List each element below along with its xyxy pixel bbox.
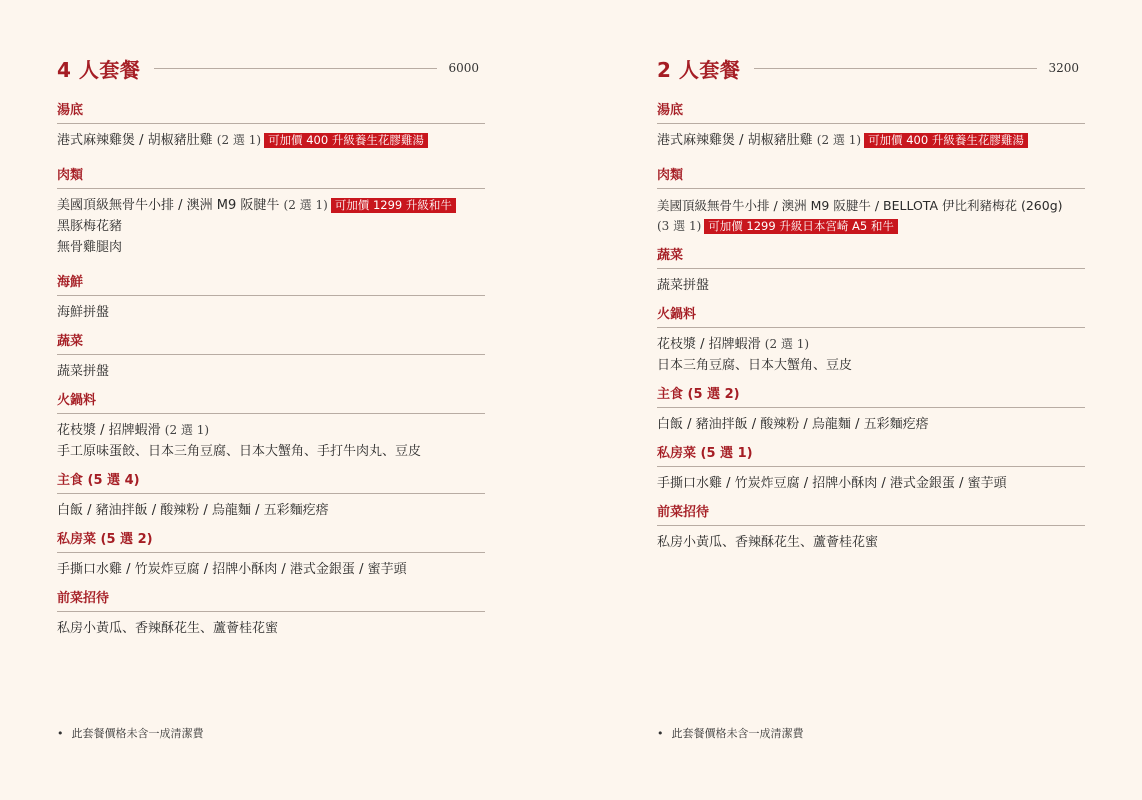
section-heading: 肉類	[657, 167, 1085, 189]
choice-count: (2 選 1)	[765, 337, 809, 351]
footnote: •此套餐價格未含一成清潔費	[657, 725, 804, 741]
set-price: 6000	[447, 61, 479, 75]
menu-line: 美國頂級無骨牛小排 / 澳洲 M9 阪腱牛 (2 選 1)可加價 1299 升級…	[57, 195, 485, 216]
section-appetizers: 前菜招待 私房小黃瓜、香辣酥花生、蘆薈桂花蜜	[657, 504, 1085, 553]
title-divider	[154, 68, 437, 69]
menu-line: 手撕口水雞 / 竹炭炸豆腐 / 招牌小酥肉 / 港式金銀蛋 / 蜜芋頭	[657, 473, 1085, 494]
menu-line: 蔬菜拼盤	[57, 361, 485, 382]
bullet-icon: •	[57, 727, 64, 740]
bullet-icon: •	[657, 727, 664, 740]
menu-line: 無骨雞腿肉	[57, 237, 485, 258]
menu-line: 美國頂級無骨牛小排 / 澳洲 M9 阪腱牛 / BELLOTA 伊比利豬梅花 (…	[657, 195, 1085, 216]
section-heading: 前菜招待	[57, 590, 485, 612]
upgrade-badge: 可加價 400 升級養生花膠雞湯	[264, 133, 428, 148]
section-vegetables: 蔬菜 蔬菜拼盤	[57, 333, 485, 382]
section-appetizers: 前菜招待 私房小黃瓜、香辣酥花生、蘆薈桂花蜜	[57, 590, 485, 639]
section-staples: 主食 (5 選 2) 白飯 / 豬油拌飯 / 酸辣粉 / 烏龍麵 / 五彩麵疙瘩	[657, 386, 1085, 435]
menu-line: 手工原味蛋餃、日本三角豆腐、日本大蟹角、手打牛肉丸、豆皮	[57, 441, 485, 462]
choice-count: (2 選 1)	[284, 198, 328, 212]
section-signature-dishes: 私房菜 (5 選 1) 手撕口水雞 / 竹炭炸豆腐 / 招牌小酥肉 / 港式金銀…	[657, 445, 1085, 494]
set-title: 4 人套餐	[57, 54, 140, 83]
section-staples: 主食 (5 選 4) 白飯 / 豬油拌飯 / 酸辣粉 / 烏龍麵 / 五彩麵疙瘩	[57, 472, 485, 521]
menu-line: 港式麻辣雞煲 / 胡椒豬肚雞 (2 選 1)可加價 400 升級養生花膠雞湯	[57, 130, 485, 151]
set-header: 4 人套餐 6000	[57, 52, 485, 84]
menu-line: 日本三角豆腐、日本大蟹角、豆皮	[657, 355, 1085, 376]
title-divider	[754, 68, 1037, 69]
footnote-text: 此套餐價格未含一成清潔費	[72, 727, 204, 740]
section-heading: 主食 (5 選 2)	[657, 386, 1085, 408]
menu-line: 私房小黃瓜、香辣酥花生、蘆薈桂花蜜	[57, 618, 485, 639]
set-header: 2 人套餐 3200	[657, 52, 1085, 84]
section-hotpot-ingredients: 火鍋料 花枝漿 / 招牌蝦滑 (2 選 1) 手工原味蛋餃、日本三角豆腐、日本大…	[57, 392, 485, 462]
section-heading: 肉類	[57, 167, 485, 189]
section-heading: 私房菜 (5 選 2)	[57, 531, 485, 553]
upgrade-badge: 可加價 1299 升級日本宮崎 A5 和牛	[704, 219, 898, 234]
menu-line: 花枝漿 / 招牌蝦滑 (2 選 1)	[57, 420, 485, 441]
menu-line: 手撕口水雞 / 竹炭炸豆腐 / 招牌小酥肉 / 港式金銀蛋 / 蜜芋頭	[57, 559, 485, 580]
menu-line: 港式麻辣雞煲 / 胡椒豬肚雞 (2 選 1)可加價 400 升級養生花膠雞湯	[657, 130, 1085, 151]
section-soup-base: 湯底 港式麻辣雞煲 / 胡椒豬肚雞 (2 選 1)可加價 400 升級養生花膠雞…	[57, 102, 485, 151]
section-heading: 主食 (5 選 4)	[57, 472, 485, 494]
menu-line: 黑豚梅花豬	[57, 216, 485, 237]
menu-line: 白飯 / 豬油拌飯 / 酸辣粉 / 烏龍麵 / 五彩麵疙瘩	[657, 414, 1085, 435]
section-heading: 私房菜 (5 選 1)	[657, 445, 1085, 467]
section-heading: 火鍋料	[57, 392, 485, 414]
section-meat: 肉類 美國頂級無骨牛小排 / 澳洲 M9 阪腱牛 (2 選 1)可加價 1299…	[57, 167, 485, 258]
section-vegetables: 蔬菜 蔬菜拼盤	[657, 247, 1085, 296]
section-signature-dishes: 私房菜 (5 選 2) 手撕口水雞 / 竹炭炸豆腐 / 招牌小酥肉 / 港式金銀…	[57, 531, 485, 580]
upgrade-badge: 可加價 1299 升級和牛	[331, 198, 456, 213]
footnote: •此套餐價格未含一成清潔費	[57, 725, 204, 741]
upgrade-badge: 可加價 400 升級養生花膠雞湯	[864, 133, 1028, 148]
menu-line: 私房小黃瓜、香辣酥花生、蘆薈桂花蜜	[657, 532, 1085, 553]
menu-line: 白飯 / 豬油拌飯 / 酸辣粉 / 烏龍麵 / 五彩麵疙瘩	[57, 500, 485, 521]
menu-page-2-person: 2 人套餐 3200 湯底 港式麻辣雞煲 / 胡椒豬肚雞 (2 選 1)可加價 …	[600, 0, 1142, 800]
section-heading: 蔬菜	[657, 247, 1085, 269]
section-soup-base: 湯底 港式麻辣雞煲 / 胡椒豬肚雞 (2 選 1)可加價 400 升級養生花膠雞…	[657, 102, 1085, 151]
footnote-text: 此套餐價格未含一成清潔費	[672, 727, 804, 740]
section-heading: 湯底	[57, 102, 485, 124]
choice-count: (2 選 1)	[817, 133, 861, 147]
section-seafood: 海鮮 海鮮拼盤	[57, 274, 485, 323]
item-text: 花枝漿 / 招牌蝦滑	[57, 423, 161, 438]
menu-line: 花枝漿 / 招牌蝦滑 (2 選 1)	[657, 334, 1085, 355]
item-text: 美國頂級無骨牛小排 / 澳洲 M9 阪腱牛	[57, 198, 279, 213]
menu-line: 海鮮拼盤	[57, 302, 485, 323]
item-text: 花枝漿 / 招牌蝦滑	[657, 337, 761, 352]
menu-line: (3 選 1)可加價 1299 升級日本宮崎 A5 和牛	[657, 216, 1085, 237]
item-text: 港式麻辣雞煲 / 胡椒豬肚雞	[57, 133, 213, 148]
section-heading: 前菜招待	[657, 504, 1085, 526]
set-title: 2 人套餐	[657, 54, 740, 83]
choice-count: (2 選 1)	[165, 423, 209, 437]
section-hotpot-ingredients: 火鍋料 花枝漿 / 招牌蝦滑 (2 選 1) 日本三角豆腐、日本大蟹角、豆皮	[657, 306, 1085, 376]
section-heading: 湯底	[657, 102, 1085, 124]
choice-count: (3 選 1)	[657, 219, 701, 233]
section-heading: 火鍋料	[657, 306, 1085, 328]
choice-count: (2 選 1)	[217, 133, 261, 147]
section-meat: 肉類 美國頂級無骨牛小排 / 澳洲 M9 阪腱牛 / BELLOTA 伊比利豬梅…	[657, 167, 1085, 237]
item-text: 港式麻辣雞煲 / 胡椒豬肚雞	[657, 133, 813, 148]
set-price: 3200	[1047, 61, 1079, 75]
menu-line: 蔬菜拼盤	[657, 275, 1085, 296]
section-heading: 海鮮	[57, 274, 485, 296]
section-heading: 蔬菜	[57, 333, 485, 355]
menu-page-4-person: 4 人套餐 6000 湯底 港式麻辣雞煲 / 胡椒豬肚雞 (2 選 1)可加價 …	[0, 0, 571, 800]
